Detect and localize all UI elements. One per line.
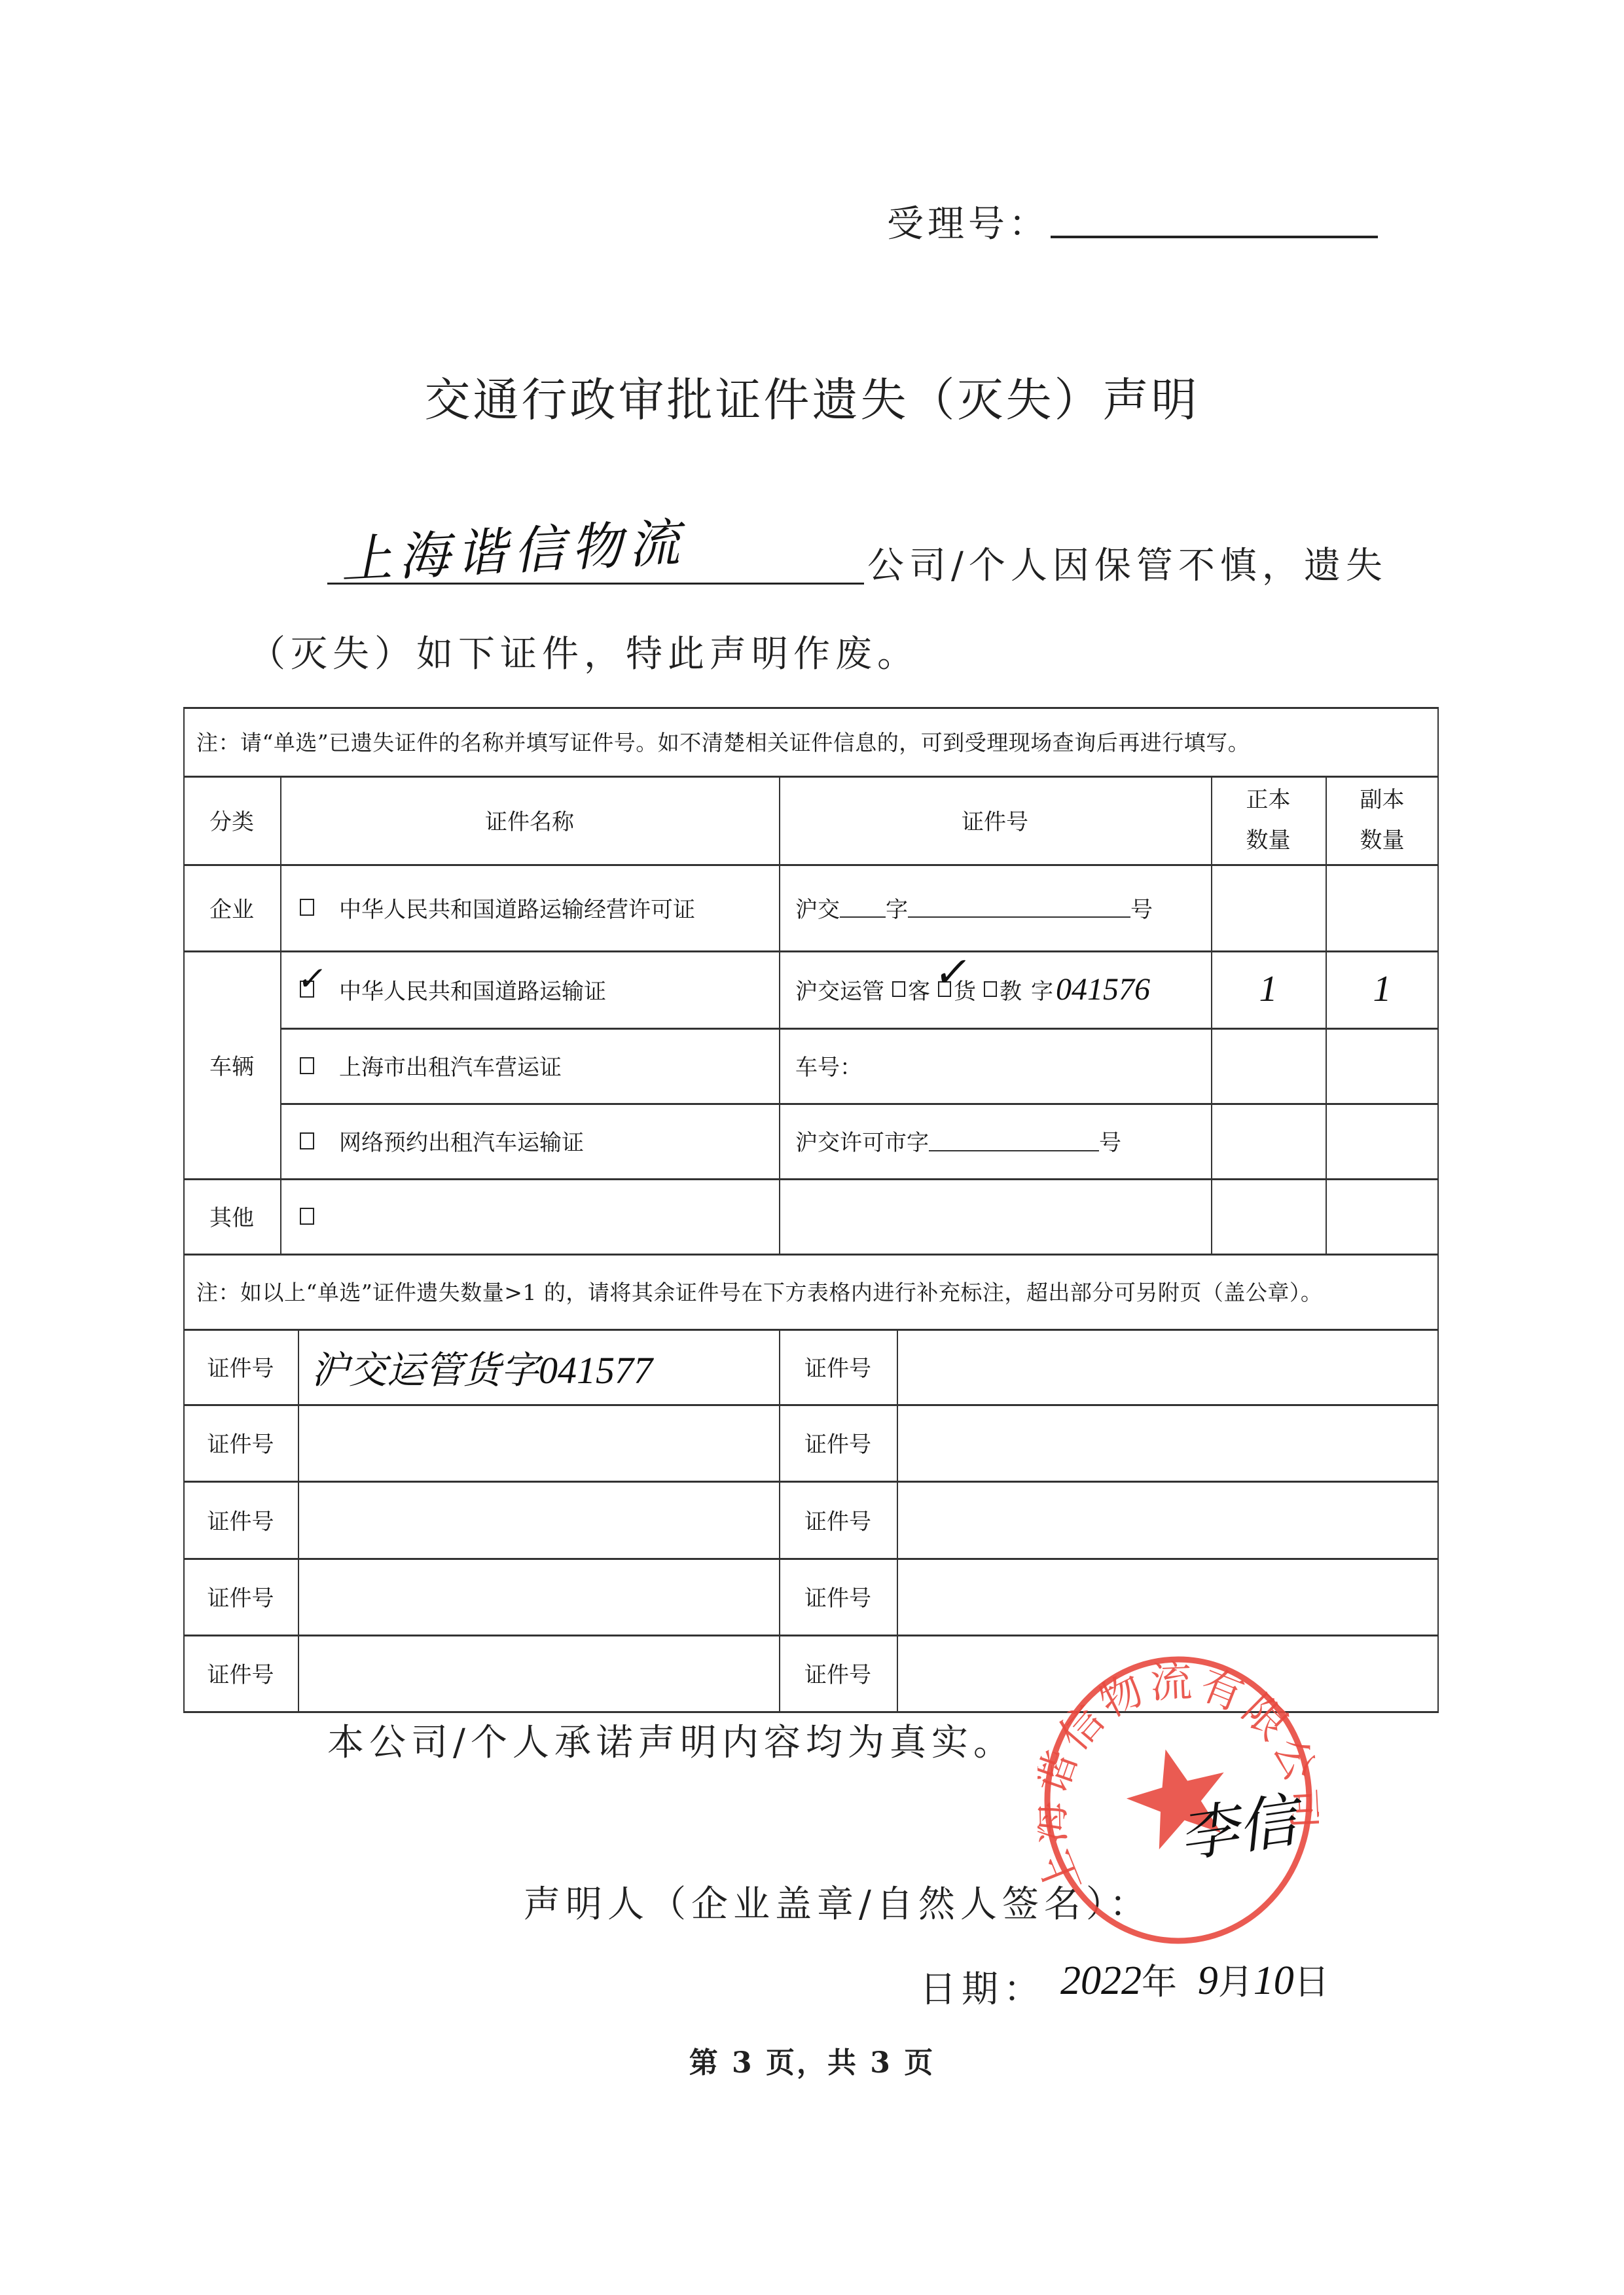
month-unit: 月	[1218, 1961, 1254, 2002]
extra-label: 证件号	[779, 1558, 897, 1635]
extra-label: 证件号	[779, 1404, 897, 1481]
checkbox-ridehail-cert[interactable]	[300, 1132, 314, 1149]
company-name-handwritten[interactable]: 上海谐信物流	[338, 501, 687, 592]
date-label: 日期：	[920, 1961, 1045, 2013]
checkbox-transport-cert[interactable]: ✓	[300, 981, 314, 998]
extra-cert-number-4-right[interactable]	[897, 1558, 1439, 1635]
number-suffix: 号	[1099, 1125, 1121, 1157]
row-ridehail-cert-name: 网络预约出租汽车运输证	[280, 1103, 779, 1178]
extra-cert-number-1-right[interactable]	[897, 1329, 1439, 1404]
row-taxi-cert-name: 上海市出租汽车营运证	[280, 1028, 779, 1103]
extra-cert-number-1-left[interactable]: 沪交运管货字041577	[298, 1329, 779, 1404]
date-year[interactable]: 2022	[1060, 1959, 1142, 2003]
statement-line-1: 公司/个人因保管不慎，遗失	[867, 537, 1388, 589]
row-transport-cert-number: 沪交运管 客 ✓货 教 字 041576	[779, 950, 1211, 1028]
header-original-qty: 正本 数量	[1211, 776, 1326, 864]
extra-cert-number-4-left[interactable]	[298, 1558, 779, 1635]
day-unit: 日	[1294, 1961, 1329, 2002]
number-field-word[interactable]	[840, 897, 886, 918]
extra-label: 证件号	[779, 1481, 897, 1558]
page-indicator: 第 3 页，共 3 页	[0, 2039, 1624, 2081]
option-passenger-label: 客	[908, 973, 930, 1005]
header-cert-name: 证件名称	[280, 776, 779, 864]
row-ridehail-cert-number: 沪交许可市字 号	[779, 1103, 1211, 1178]
extra-cert-number-5-left[interactable]	[298, 1635, 779, 1711]
extra-cert-number-2-right[interactable]	[897, 1404, 1439, 1481]
acceptance-number-label: 受理号：	[887, 195, 1049, 247]
truthfulness-promise: 本公司/个人承诺声明内容均为真实。	[327, 1714, 1015, 1766]
date-month[interactable]: 9	[1198, 1959, 1218, 2003]
number-suffix: 字	[1031, 973, 1053, 1005]
checkbox-other[interactable]	[300, 1208, 314, 1225]
cert-name-business-license: 中华人民共和国道路运输经营许可证	[339, 892, 695, 924]
number-suffix: 号	[1130, 892, 1153, 924]
extra-cert-number-2-left[interactable]	[298, 1404, 779, 1481]
check-mark-icon: ✓	[295, 960, 329, 998]
extra-cert-number-3-left[interactable]	[298, 1481, 779, 1558]
table-note-bottom: 注：如以上“单选”证件遗失数量>1 的，请将其余证件号在下方表格内进行补充标注，…	[183, 1254, 1439, 1329]
number-prefix: 沪交	[795, 892, 840, 924]
acceptance-number-field[interactable]	[1051, 236, 1378, 238]
header-cert-number: 证件号	[779, 776, 1211, 864]
checkbox-passenger[interactable]	[892, 981, 905, 997]
original-qty-transport-cert[interactable]: 1	[1211, 950, 1326, 1028]
header-copy-qty: 副本 数量	[1326, 776, 1439, 864]
row-other-name	[280, 1178, 779, 1254]
checkbox-business-license[interactable]	[300, 899, 314, 916]
cert-name-taxi-cert: 上海市出租汽车营运证	[339, 1049, 562, 1081]
number-field-digits[interactable]	[929, 1130, 1099, 1151]
extra-label: 证件号	[183, 1404, 298, 1481]
category-vehicle: 车辆	[183, 950, 280, 1178]
header-original-qty-line1: 正本	[1246, 780, 1291, 820]
header-copy-qty-line2: 数量	[1360, 820, 1405, 861]
cert-number-handwritten[interactable]: 041576	[1056, 971, 1150, 1007]
date-value: 2022年 9月10日	[1060, 1954, 1329, 2004]
lost-certificate-table: 注：请“单选”已遗失证件的名称并填写证件号。如不清楚相关证件信息的，可到受理现场…	[183, 707, 1439, 1711]
row-enterprise-name: 中华人民共和国道路运输经营许可证	[280, 864, 779, 950]
category-enterprise: 企业	[183, 864, 280, 950]
row-taxi-cert-number: 车号：	[779, 1028, 1211, 1103]
extra-cert-number-3-right[interactable]	[897, 1481, 1439, 1558]
number-mid: 字	[886, 892, 908, 924]
extra-label: 证件号	[183, 1558, 298, 1635]
header-category: 分类	[183, 776, 280, 864]
row-enterprise-number: 沪交 字 号	[779, 864, 1211, 950]
cert-name-transport-cert: 中华人民共和国道路运输证	[339, 973, 606, 1005]
company-name-underline	[327, 583, 864, 585]
extra-label: 证件号	[183, 1329, 298, 1404]
extra-label: 证件号	[779, 1635, 897, 1711]
header-copy-qty-line1: 副本	[1360, 780, 1405, 820]
extra-label: 证件号	[183, 1635, 298, 1711]
cert-name-ridehail-cert: 网络预约出租汽车运输证	[339, 1125, 584, 1157]
header-original-qty-line2: 数量	[1246, 820, 1291, 861]
category-other: 其他	[183, 1178, 280, 1254]
checkbox-training[interactable]	[984, 981, 997, 997]
plate-number-label: 车号：	[795, 1049, 862, 1081]
row-transport-cert-name: ✓ 中华人民共和国道路运输证	[280, 950, 779, 1028]
statement-line-2: （灭失）如下证件，特此声明作废。	[249, 625, 919, 678]
option-training-label: 教	[1000, 973, 1022, 1005]
signature-handwritten[interactable]: 李信	[1173, 1773, 1301, 1873]
year-unit: 年	[1142, 1961, 1177, 2002]
table-note-top: 注：请“单选”已遗失证件的名称并填写证件号。如不清楚相关证件信息的，可到受理现场…	[183, 707, 1439, 776]
number-field-digits[interactable]	[908, 897, 1130, 918]
checkbox-taxi-cert[interactable]	[300, 1057, 314, 1074]
copy-qty-transport-cert[interactable]: 1	[1326, 950, 1439, 1028]
extra-label: 证件号	[779, 1329, 897, 1404]
number-prefix: 沪交运管	[795, 973, 884, 1005]
page-title: 交通行政审批证件遗失（灭失）声明	[0, 363, 1624, 429]
checkbox-freight[interactable]: ✓	[938, 981, 951, 997]
extra-label: 证件号	[183, 1481, 298, 1558]
date-day[interactable]: 10	[1254, 1959, 1294, 2003]
number-prefix: 沪交许可市字	[795, 1125, 929, 1157]
